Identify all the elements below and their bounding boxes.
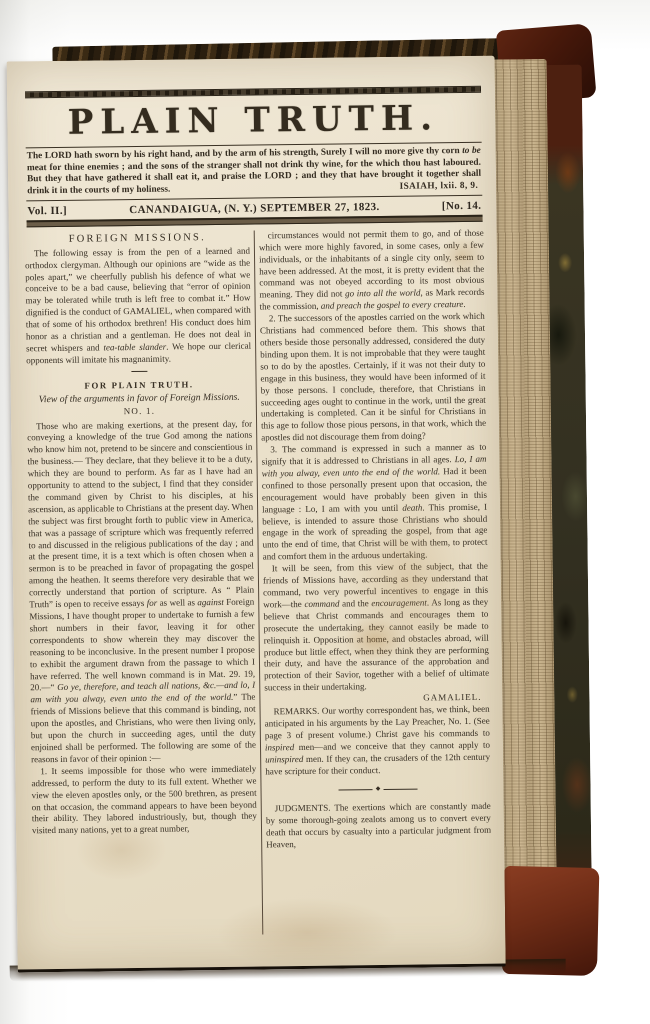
epigraph-citation: ISAIAH, lxii. 8, 9. (399, 181, 478, 194)
essay-paragraph-6: It will be seen, from this view of the s… (263, 561, 490, 695)
column-layout: FOREIGN MISSIONS.The following essay is … (25, 228, 494, 938)
essay-paragraph-5: 3. The command is expressed in such a ma… (261, 442, 487, 564)
judgments-paragraph: JUDGMENTS. The exertions which are const… (266, 801, 492, 851)
masthead-title: PLAIN TRUTH. (23, 93, 484, 148)
essay-paragraph-1: Those who are making exertions, at the p… (27, 418, 256, 766)
editorial-intro-paragraph: The following essay is from the pen of a… (25, 245, 251, 367)
essay-paragraph-2: 1. It seems impossible for those who wer… (31, 763, 257, 837)
essay-paragraph-4: 2. The successors of the apostles carrie… (260, 311, 487, 445)
book-photograph: PLAIN TRUTH. The LORD hath sworn by his … (0, 0, 650, 1024)
left-column: FOREIGN MISSIONS.The following essay is … (25, 230, 259, 937)
printed-area: PLAIN TRUTH. The LORD hath sworn by his … (7, 56, 506, 938)
issue-number-label: [No. 14. (442, 200, 482, 212)
essay-number: NO. 1. (27, 404, 252, 419)
right-column: circumstances would not permit them to g… (259, 228, 493, 935)
newspaper-page: PLAIN TRUTH. The LORD hath sworn by his … (7, 56, 506, 973)
ornament-divider: ◆ (265, 782, 490, 797)
volume-label: Vol. II.] (27, 205, 67, 217)
essay-paragraph-3: circumstances would not permit them to g… (259, 228, 485, 314)
place-date-label: CANANDAIGUA, (N. Y.) SEPTEMBER 27, 1823. (129, 201, 380, 216)
masthead-epigraph: The LORD hath sworn by his right hand, a… (24, 143, 485, 200)
remarks-paragraph: REMARKS. Our worthy correspondent has, w… (265, 704, 491, 778)
foreign-missions-heading: FOREIGN MISSIONS. (25, 231, 250, 246)
